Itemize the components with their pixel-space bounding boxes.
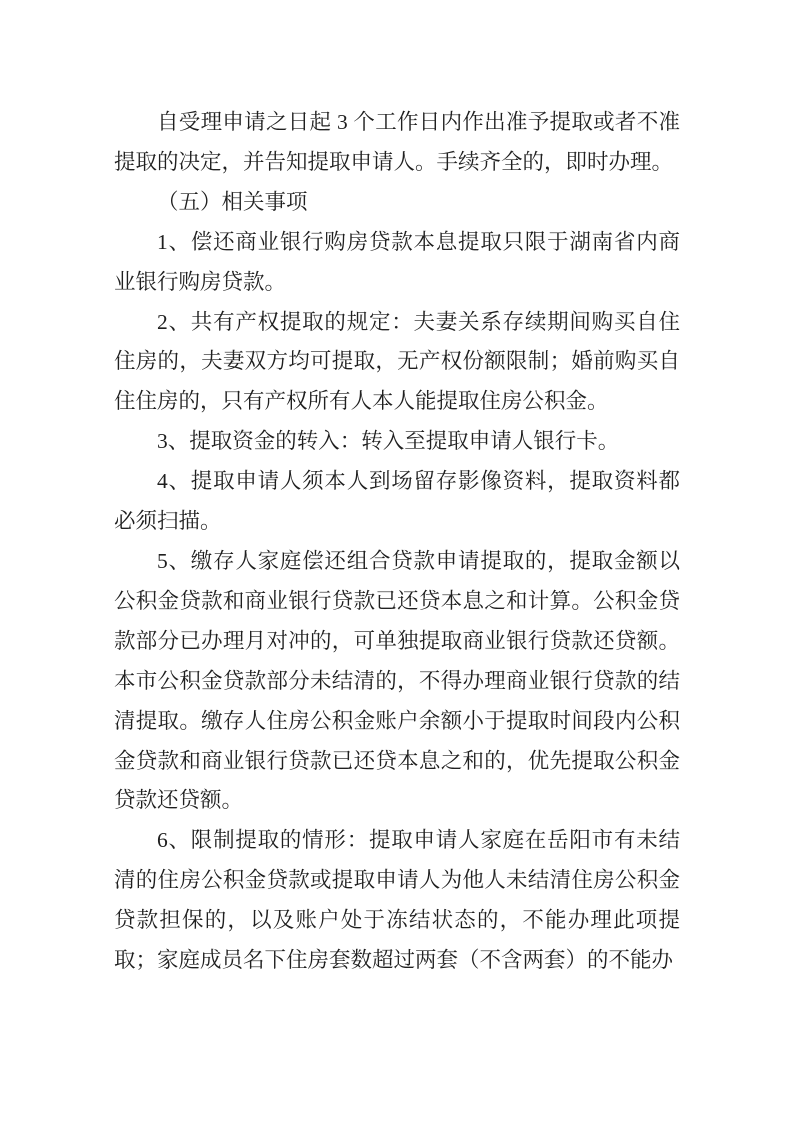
paragraph: 4、提取申请人须本人到场留存影像资料，提取资料都必须扫描。 [114,462,680,542]
document-body: 自受理申请之日起 3 个工作日内作出准予提取或者不准提取的决定，并告知提取申请人… [114,103,680,981]
paragraph: 2、共有产权提取的规定：夫妻关系存续期间购买自住住房的，夫妻双方均可提取，无产权… [114,303,680,423]
paragraph: （五）相关事项 [114,183,680,223]
paragraph: 6、限制提取的情形：提取申请人家庭在岳阳市有未结清的住房公积金贷款或提取申请人为… [114,821,680,981]
paragraph: 3、提取资金的转入：转入至提取申请人银行卡。 [114,422,680,462]
paragraph: 1、偿还商业银行购房贷款本息提取只限于湖南省内商业银行购房贷款。 [114,223,680,303]
paragraph: 5、缴存人家庭偿还组合贷款申请提取的，提取金额以公积金贷款和商业银行贷款已还贷本… [114,542,680,821]
paragraph: 自受理申请之日起 3 个工作日内作出准予提取或者不准提取的决定，并告知提取申请人… [114,103,680,183]
document-page: 自受理申请之日起 3 个工作日内作出准予提取或者不准提取的决定，并告知提取申请人… [0,0,794,1122]
